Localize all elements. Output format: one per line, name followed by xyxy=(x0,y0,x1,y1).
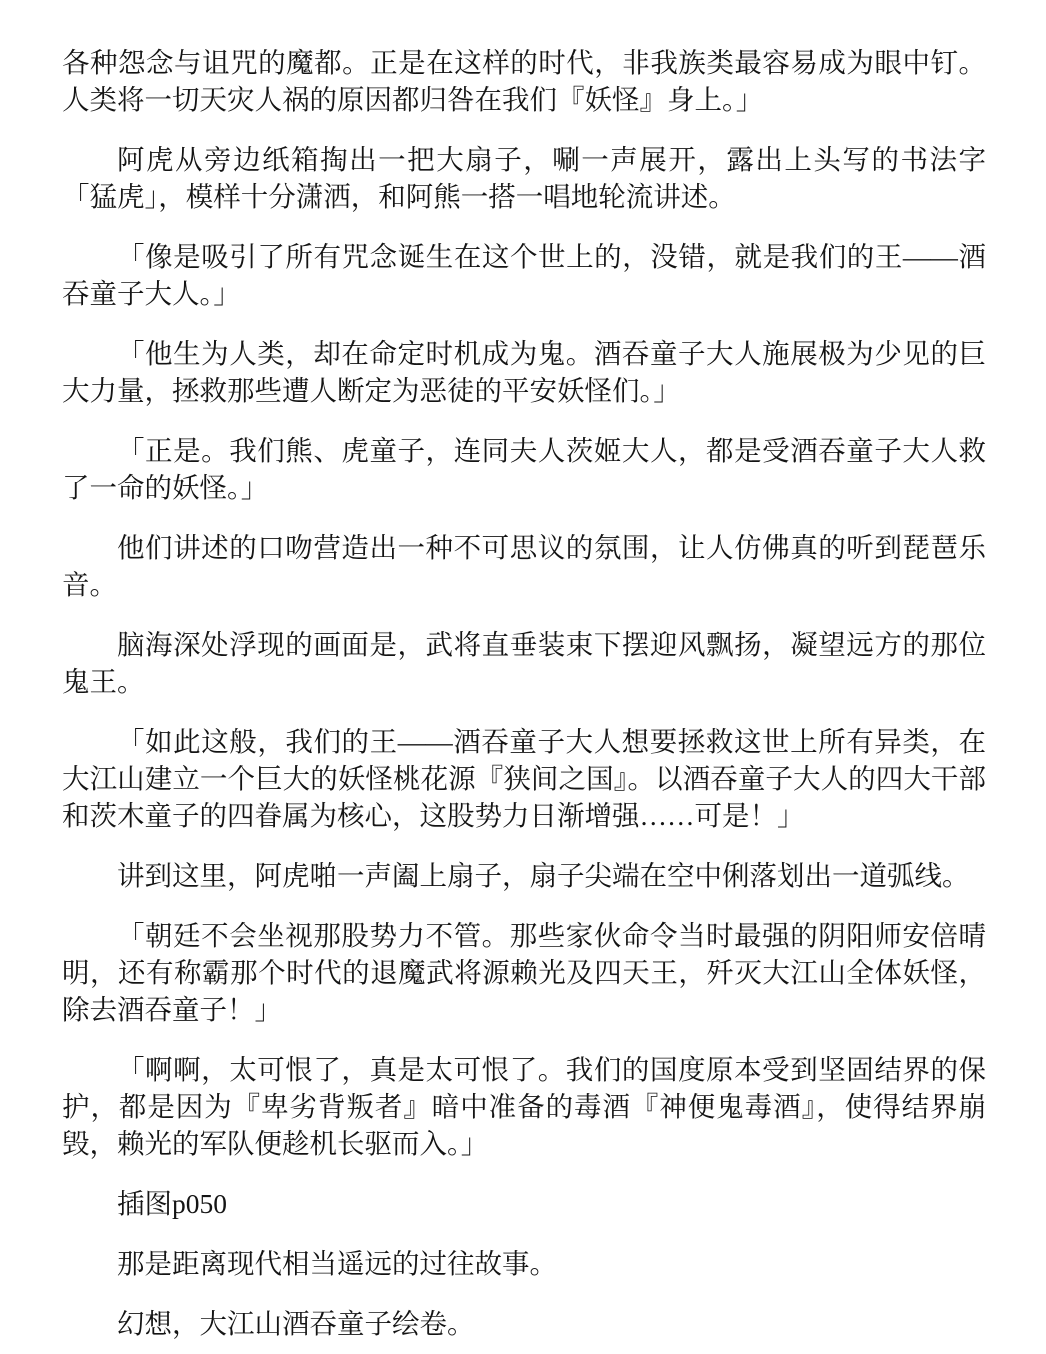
paragraph-dialogue: 「正是。我们熊、虎童子，连同夫人茨姬大人，都是受酒吞童子大人救了一命的妖怪。」 xyxy=(62,432,986,506)
paragraph-dialogue: 「如此这般，我们的王——酒吞童子大人想要拯救这世上所有异类，在大江山建立一个巨大… xyxy=(62,723,986,834)
paragraph-narration: 幻想，大江山酒吞童子绘卷。 xyxy=(62,1305,986,1342)
paragraph-narration: 阿虎从旁边纸箱掏出一把大扇子，唰一声展开，露出上头写的书法字「猛虎」，模样十分潇… xyxy=(62,141,986,215)
document-page: 各种怨念与诅咒的魔都。正是在这样的时代，非我族类最容易成为眼中钉。人类将一切天灾… xyxy=(0,0,1046,1354)
illustration-note: 插图p050 xyxy=(62,1185,986,1222)
paragraph-narration: 脑海深处浮现的画面是，武将直垂装束下摆迎风飘扬，凝望远方的那位鬼王。 xyxy=(62,626,986,700)
paragraph-narration: 讲到这里，阿虎啪一声阖上扇子，扇子尖端在空中俐落划出一道弧线。 xyxy=(62,857,986,894)
paragraph-dialogue: 「像是吸引了所有咒念诞生在这个世上的，没错，就是我们的王——酒吞童子大人。」 xyxy=(62,238,986,312)
paragraph-dialogue: 「他生为人类，却在命定时机成为鬼。酒吞童子大人施展极为少见的巨大力量，拯救那些遭… xyxy=(62,335,986,409)
paragraph-narration: 他们讲述的口吻营造出一种不可思议的氛围，让人仿佛真的听到琵琶乐音。 xyxy=(62,529,986,603)
paragraph-dialogue: 「啊啊，太可恨了，真是太可恨了。我们的国度原本受到坚固结界的保护，都是因为『卑劣… xyxy=(62,1051,986,1162)
paragraph-narration: 那是距离现代相当遥远的过往故事。 xyxy=(62,1245,986,1282)
text-body: 各种怨念与诅咒的魔都。正是在这样的时代，非我族类最容易成为眼中钉。人类将一切天灾… xyxy=(62,44,986,1342)
paragraph-continuation: 各种怨念与诅咒的魔都。正是在这样的时代，非我族类最容易成为眼中钉。人类将一切天灾… xyxy=(62,44,986,118)
paragraph-dialogue: 「朝廷不会坐视那股势力不管。那些家伙命令当时最强的阴阳师安倍晴明，还有称霸那个时… xyxy=(62,917,986,1028)
